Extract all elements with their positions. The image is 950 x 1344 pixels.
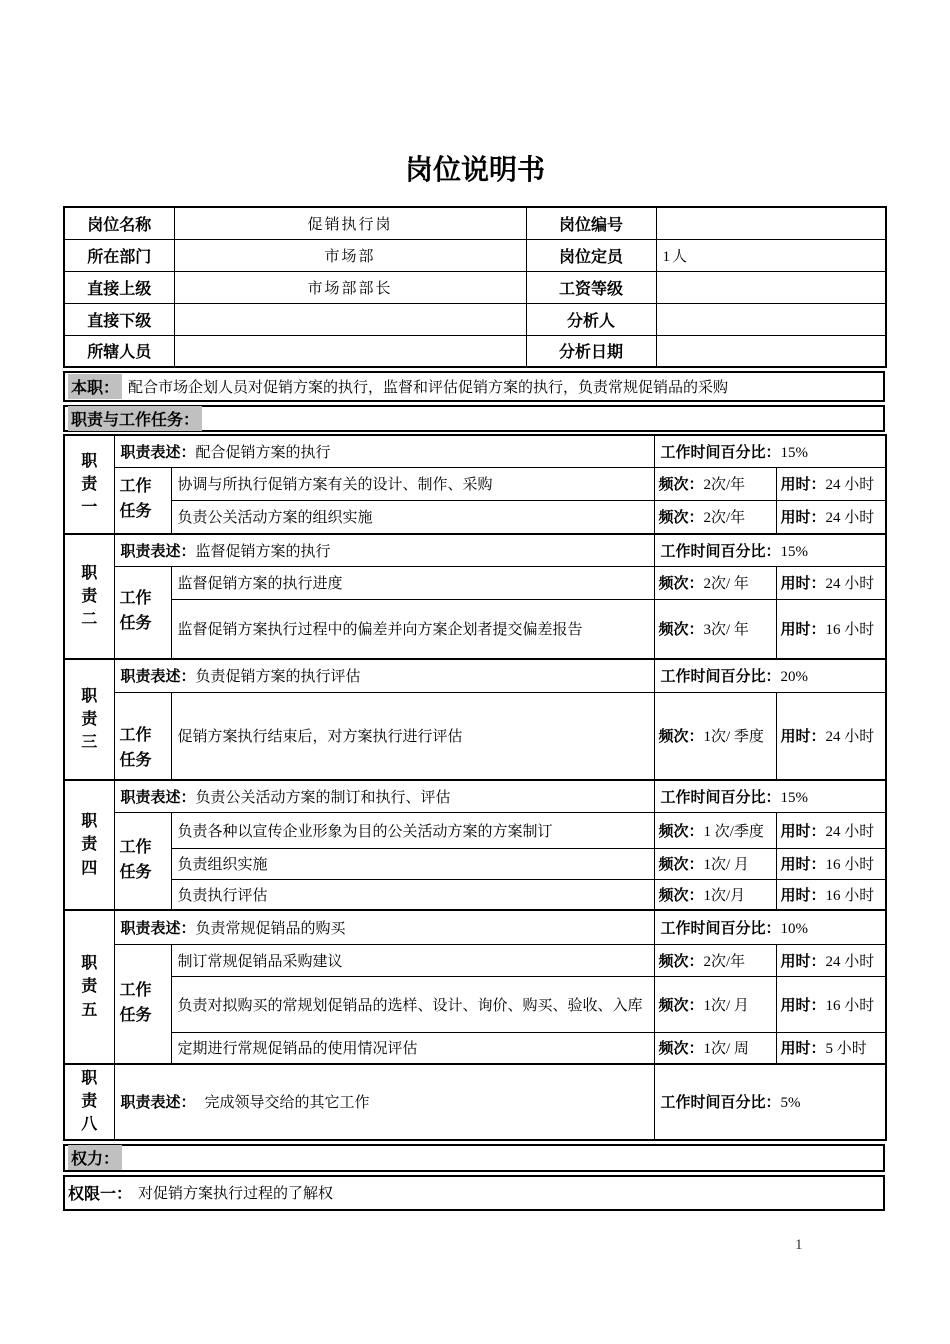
duty4-task1-freq-cell: 频次：1 次/季度 [654, 812, 776, 848]
duty5-task2-freq: 1次/ 月 [704, 998, 749, 1014]
time-label: 用时： [781, 1040, 826, 1057]
cell-label-department: 所在部门 [64, 239, 174, 271]
department-value: 市场部 [324, 249, 375, 265]
direct-subordinate-label: 直接下级 [87, 313, 151, 330]
analyst-label: 分析人 [567, 313, 615, 330]
duty5-task1-cell: 制订常规促销品采购建议 [171, 944, 654, 976]
pct-label: 工作时间百分比： [661, 920, 781, 937]
work-task-label: 工作任务 [120, 982, 152, 1024]
duty3-desc-cell: 职责表述：负责促销方案的执行评估 [114, 659, 654, 692]
freq-label: 频次： [659, 997, 704, 1014]
duty1-task1-text: 协调与所执行促销方案有关的设计、制作、采购 [178, 477, 493, 493]
cell-value-position-code [656, 207, 886, 239]
duty3-pct: 20% [781, 669, 809, 685]
desc-label: 职责表述： [121, 668, 196, 685]
freq-label: 频次： [659, 476, 704, 493]
duty4-task1-time-cell: 用时：24 小时 [776, 812, 886, 848]
duty2-task1-freq-cell: 频次：2次/ 年 [654, 566, 776, 599]
freq-label: 频次： [659, 728, 704, 745]
duty1-task1-row: 工作任务 协调与所执行促销方案有关的设计、制作、采购 频次：2次/年 用时：24… [64, 467, 886, 500]
duty4-task1-time: 24 小时 [826, 824, 875, 840]
duty4-pct: 15% [781, 790, 809, 806]
duty5-task3-text: 定期进行常规促销品的使用情况评估 [178, 1041, 418, 1057]
duty4-task1-text: 负责各种以宣传企业形象为目的公关活动方案的方案制订 [178, 824, 553, 840]
freq-label: 频次： [659, 1040, 704, 1057]
duty1-task1-time-cell: 用时：24 小时 [776, 467, 886, 500]
duty8-pct: 5% [781, 1095, 801, 1111]
duty4-task3-time-cell: 用时：16 小时 [776, 879, 886, 910]
cell-label-position-name: 岗位名称 [64, 207, 174, 239]
analysis-date-label: 分析日期 [559, 344, 623, 361]
table-row: 所辖人员 分析日期 [64, 335, 886, 367]
duty3-task1-row: 工作任务 促销方案执行结束后，对方案执行进行评估 频次：1次/ 季度 用时：24… [64, 692, 886, 780]
job-summary-text: 配合市场企划人员对促销方案的执行，监督和评估促销方案的执行，负责常规促销品的采购 [128, 376, 728, 397]
work-task-label: 工作任务 [120, 839, 152, 881]
duty1-id-cell: 职 责 一 [64, 435, 114, 534]
duty4-task2-row: 负责组织实施 频次：1次/ 月 用时：16 小时 [64, 848, 886, 879]
duty1-task2-freq: 2次/年 [704, 510, 746, 526]
duty2-task2-time-cell: 用时：16 小时 [776, 599, 886, 659]
duty1-desc-cell: 职责表述：配合促销方案的执行 [114, 435, 654, 467]
freq-label: 频次： [659, 887, 704, 904]
cell-value-salary-grade [656, 271, 886, 303]
cell-value-direct-subordinate [174, 303, 526, 335]
duties-header-label: 职责与工作任务： [68, 406, 202, 431]
duty2-task1-freq: 2次/ 年 [704, 576, 749, 592]
authority-header-label: 权力： [68, 1145, 122, 1170]
headcount-value: 1人 [663, 249, 690, 265]
duty8-desc-row: 职 责 八 职责表述：完成领导交给的其它工作 工作时间百分比：5% [64, 1064, 886, 1140]
duty5-task1-freq-cell: 频次：2次/年 [654, 944, 776, 976]
duty5-task3-time: 5 小时 [826, 1041, 867, 1057]
time-label: 用时： [781, 953, 826, 970]
duty3-id-cell: 职 责 三 [64, 659, 114, 780]
duty2-pct-cell: 工作时间百分比：15% [654, 534, 886, 566]
duty3-desc-row: 职 责 三 职责表述：负责促销方案的执行评估 工作时间百分比：20% [64, 659, 886, 692]
duty4-task1-row: 工作任务 负责各种以宣传企业形象为目的公关活动方案的方案制订 频次：1 次/季度… [64, 812, 886, 848]
desc-label: 职责表述： [121, 543, 196, 560]
duty8-pct-cell: 工作时间百分比：5% [654, 1064, 886, 1140]
job-summary-row: 本职： 配合市场企划人员对促销方案的执行，监督和评估促销方案的执行，负责常规促销… [63, 371, 885, 402]
duty2-task2-cell: 监督促销方案执行过程中的偏差并向方案企划者提交偏差报告 [171, 599, 654, 659]
duties-table: 职 责 一 职责表述：配合促销方案的执行 工作时间百分比：15% 工作任务 协调… [63, 434, 887, 1141]
duty2-desc-row: 职 责 二 职责表述：监督促销方案的执行 工作时间百分比：15% [64, 534, 886, 566]
duty5-task1-time-cell: 用时：24 小时 [776, 944, 886, 976]
duty3-pct-cell: 工作时间百分比：20% [654, 659, 886, 692]
pct-label: 工作时间百分比： [661, 668, 781, 685]
duty1-task2-time: 24 小时 [826, 510, 875, 526]
cell-value-direct-superior: 市场部部长 [174, 271, 526, 303]
duty2-task2-freq-cell: 频次：3次/ 年 [654, 599, 776, 659]
time-label: 用时： [781, 887, 826, 904]
duty2-pct: 15% [781, 544, 809, 560]
duty5-id-cell: 职 责 五 [64, 910, 114, 1064]
work-task-label: 工作任务 [120, 590, 152, 632]
freq-label: 频次： [659, 953, 704, 970]
cell-value-department: 市场部 [174, 239, 526, 271]
time-label: 用时： [781, 621, 826, 638]
duty5-desc: 负责常规促销品的购买 [196, 921, 346, 937]
duty2-desc-cell: 职责表述：监督促销方案的执行 [114, 534, 654, 566]
duty3-desc: 负责促销方案的执行评估 [196, 669, 361, 685]
duty1-task2-freq-cell: 频次：2次/年 [654, 500, 776, 534]
duty1-worktask-cell: 工作任务 [114, 467, 171, 534]
time-label: 用时： [781, 476, 826, 493]
duty3-task1-cell: 促销方案执行结束后，对方案执行进行评估 [171, 692, 654, 780]
duty5-id: 职 责 五 [71, 952, 108, 1022]
duty8-desc-cell: 职责表述：完成领导交给的其它工作 [114, 1064, 654, 1140]
desc-label: 职责表述： [121, 444, 196, 461]
duty2-task2-text: 监督促销方案执行过程中的偏差并向方案企划者提交偏差报告 [178, 622, 583, 638]
duty1-pct: 15% [781, 445, 809, 461]
cell-label-headcount: 岗位定员 [526, 239, 656, 271]
duty3-task1-time-cell: 用时：24 小时 [776, 692, 886, 780]
duty5-task1-time: 24 小时 [826, 954, 875, 970]
staff-managed-label: 所辖人员 [87, 344, 151, 361]
duty1-pct-cell: 工作时间百分比：15% [654, 435, 886, 467]
duty8-desc: 完成领导交给的其它工作 [205, 1095, 370, 1111]
duty5-task2-freq-cell: 频次：1次/ 月 [654, 976, 776, 1032]
duty4-task3-freq-cell: 频次：1次/月 [654, 879, 776, 910]
duty4-desc: 负责公关活动方案的制订和执行、评估 [196, 790, 451, 806]
duty8-id: 职 责 八 [71, 1067, 108, 1137]
time-label: 用时： [781, 856, 826, 873]
duty5-task2-time: 16 小时 [826, 998, 875, 1014]
duty4-task2-time-cell: 用时：16 小时 [776, 848, 886, 879]
duty8-id-cell: 职 责 八 [64, 1064, 114, 1140]
cell-label-salary-grade: 工资等级 [526, 271, 656, 303]
duty4-pct-cell: 工作时间百分比：15% [654, 780, 886, 812]
position-code-label: 岗位编号 [559, 217, 623, 234]
duty4-task1-freq: 1 次/季度 [704, 824, 764, 840]
document-page: 岗位说明书 岗位名称 促销执行岗 岗位编号 所在部门 市场部 岗位定员 1人 直… [0, 0, 950, 1344]
table-row: 直接下级 分析人 [64, 303, 886, 335]
time-label: 用时： [781, 509, 826, 526]
job-summary-label: 本职： [68, 374, 122, 399]
position-name-value: 促销执行岗 [307, 217, 392, 233]
cell-label-analyst: 分析人 [526, 303, 656, 335]
duty4-task3-text: 负责执行评估 [178, 888, 268, 904]
time-label: 用时： [781, 575, 826, 592]
authority-item-row: 权限一： 对促销方案执行过程的了解权 [63, 1175, 885, 1211]
time-label: 用时： [781, 728, 826, 745]
duty5-task2-text: 负责对拟购买的常规划促销品的选样、设计、询价、购买、验收、入库 [178, 998, 643, 1014]
duty2-id-cell: 职 责 二 [64, 534, 114, 659]
desc-label: 职责表述： [121, 1094, 196, 1111]
duty1-task1-freq-cell: 频次：2次/年 [654, 467, 776, 500]
duty5-task2-time-cell: 用时：16 小时 [776, 976, 886, 1032]
duty4-desc-row: 职 责 四 职责表述：负责公关活动方案的制订和执行、评估 工作时间百分比：15% [64, 780, 886, 812]
pct-label: 工作时间百分比： [661, 543, 781, 560]
work-task-label: 工作任务 [120, 727, 152, 769]
duty5-task3-freq: 1次/ 周 [704, 1041, 749, 1057]
cell-label-staff-managed: 所辖人员 [64, 335, 174, 367]
duty4-worktask-cell: 工作任务 [114, 812, 171, 910]
cell-label-analysis-date: 分析日期 [526, 335, 656, 367]
table-row: 直接上级 市场部部长 工资等级 [64, 271, 886, 303]
freq-label: 频次： [659, 509, 704, 526]
pct-label: 工作时间百分比： [661, 1094, 781, 1111]
desc-label: 职责表述： [121, 920, 196, 937]
freq-label: 频次： [659, 575, 704, 592]
duty5-pct-cell: 工作时间百分比：10% [654, 910, 886, 944]
duty5-task2-row: 负责对拟购买的常规划促销品的选样、设计、询价、购买、验收、入库 频次：1次/ 月… [64, 976, 886, 1032]
duty4-id-cell: 职 责 四 [64, 780, 114, 910]
duty1-desc-row: 职 责 一 职责表述：配合促销方案的执行 工作时间百分比：15% [64, 435, 886, 467]
duty3-task1-time: 24 小时 [826, 729, 875, 745]
duty4-task2-text: 负责组织实施 [178, 857, 268, 873]
cell-value-position-name: 促销执行岗 [174, 207, 526, 239]
duty1-task1-cell: 协调与所执行促销方案有关的设计、制作、采购 [171, 467, 654, 500]
cell-value-headcount: 1人 [656, 239, 886, 271]
duty5-task1-row: 工作任务 制订常规促销品采购建议 频次：2次/年 用时：24 小时 [64, 944, 886, 976]
table-row: 所在部门 市场部 岗位定员 1人 [64, 239, 886, 271]
duty4-id: 职 责 四 [71, 810, 108, 880]
duty5-task1-freq: 2次/年 [704, 954, 746, 970]
salary-grade-label: 工资等级 [559, 281, 623, 298]
duty4-task3-cell: 负责执行评估 [171, 879, 654, 910]
duty2-task1-text: 监督促销方案的执行进度 [178, 576, 343, 592]
table-row: 岗位名称 促销执行岗 岗位编号 [64, 207, 886, 239]
info-table: 岗位名称 促销执行岗 岗位编号 所在部门 市场部 岗位定员 1人 直接上级 市场… [63, 206, 887, 368]
duty4-desc-cell: 职责表述：负责公关活动方案的制订和执行、评估 [114, 780, 654, 812]
duty5-desc-row: 职 责 五 职责表述：负责常规促销品的购买 工作时间百分比：10% [64, 910, 886, 944]
duty4-task2-time: 16 小时 [826, 857, 875, 873]
work-task-label: 工作任务 [120, 478, 152, 520]
duty2-task1-row: 工作任务 监督促销方案的执行进度 频次：2次/ 年 用时：24 小时 [64, 566, 886, 599]
time-label: 用时： [781, 823, 826, 840]
duty1-task2-row: 负责公关活动方案的组织实施 频次：2次/年 用时：24 小时 [64, 500, 886, 534]
duty1-id: 职 责 一 [71, 450, 108, 520]
duty3-task1-freq: 1次/ 季度 [704, 729, 764, 745]
duty4-task3-row: 负责执行评估 频次：1次/月 用时：16 小时 [64, 879, 886, 910]
duty2-task1-cell: 监督促销方案的执行进度 [171, 566, 654, 599]
direct-superior-label: 直接上级 [87, 281, 151, 298]
duty5-task1-text: 制订常规促销品采购建议 [178, 954, 343, 970]
headcount-label: 岗位定员 [559, 249, 623, 266]
duty3-task1-text: 促销方案执行结束后，对方案执行进行评估 [178, 729, 463, 745]
cell-value-analysis-date [656, 335, 886, 367]
freq-label: 频次： [659, 823, 704, 840]
cell-value-staff-managed [174, 335, 526, 367]
duty1-task2-time-cell: 用时：24 小时 [776, 500, 886, 534]
duty5-task3-row: 定期进行常规促销品的使用情况评估 频次：1次/ 周 用时：5 小时 [64, 1032, 886, 1064]
duty5-worktask-cell: 工作任务 [114, 944, 171, 1064]
freq-label: 频次： [659, 621, 704, 638]
duty3-task1-freq-cell: 频次：1次/ 季度 [654, 692, 776, 780]
duty4-task3-time: 16 小时 [826, 888, 875, 904]
duty2-task2-freq: 3次/ 年 [704, 622, 749, 638]
duty2-id: 职 责 二 [71, 562, 108, 632]
duty2-task2-time: 16 小时 [826, 622, 875, 638]
desc-label: 职责表述： [121, 789, 196, 806]
duty4-task3-freq: 1次/月 [704, 888, 746, 904]
duty2-desc: 监督促销方案的执行 [196, 544, 331, 560]
authority1-label: 权限一： [68, 1181, 132, 1204]
direct-superior-value: 市场部部长 [307, 281, 392, 297]
freq-label: 频次： [659, 856, 704, 873]
pct-label: 工作时间百分比： [661, 789, 781, 806]
duty1-desc: 配合促销方案的执行 [196, 445, 331, 461]
cell-label-direct-subordinate: 直接下级 [64, 303, 174, 335]
duty3-id: 职 责 三 [71, 685, 108, 755]
pct-label: 工作时间百分比： [661, 444, 781, 461]
duty2-task2-row: 监督促销方案执行过程中的偏差并向方案企划者提交偏差报告 频次：3次/ 年 用时：… [64, 599, 886, 659]
duty3-worktask-cell: 工作任务 [114, 692, 171, 780]
authority1-text: 对促销方案执行过程的了解权 [138, 1182, 333, 1203]
duty1-task1-freq: 2次/年 [704, 477, 746, 493]
duty4-task2-freq-cell: 频次：1次/ 月 [654, 848, 776, 879]
duty1-task2-text: 负责公关活动方案的组织实施 [178, 510, 373, 526]
page-title: 岗位说明书 [63, 150, 887, 190]
duty4-task2-cell: 负责组织实施 [171, 848, 654, 879]
duty2-task1-time: 24 小时 [826, 576, 875, 592]
duty5-task3-cell: 定期进行常规促销品的使用情况评估 [171, 1032, 654, 1064]
duty4-task1-cell: 负责各种以宣传企业形象为目的公关活动方案的方案制订 [171, 812, 654, 848]
duties-header-row: 职责与工作任务： [63, 405, 885, 432]
duty5-pct: 10% [781, 921, 809, 937]
page-number: 1 [795, 1237, 803, 1254]
duty1-task1-time: 24 小时 [826, 477, 875, 493]
time-label: 用时： [781, 997, 826, 1014]
duty5-task3-time-cell: 用时：5 小时 [776, 1032, 886, 1064]
position-name-label: 岗位名称 [87, 217, 151, 234]
duty1-task2-cell: 负责公关活动方案的组织实施 [171, 500, 654, 534]
duty5-task3-freq-cell: 频次：1次/ 周 [654, 1032, 776, 1064]
department-label: 所在部门 [87, 249, 151, 266]
authority-header-row: 权力： [63, 1144, 885, 1172]
cell-label-position-code: 岗位编号 [526, 207, 656, 239]
cell-label-direct-superior: 直接上级 [64, 271, 174, 303]
duty2-worktask-cell: 工作任务 [114, 566, 171, 659]
cell-value-analyst [656, 303, 886, 335]
duty4-task2-freq: 1次/ 月 [704, 857, 749, 873]
duty5-task2-cell: 负责对拟购买的常规划促销品的选样、设计、询价、购买、验收、入库 [171, 976, 654, 1032]
duty5-desc-cell: 职责表述：负责常规促销品的购买 [114, 910, 654, 944]
duty2-task1-time-cell: 用时：24 小时 [776, 566, 886, 599]
